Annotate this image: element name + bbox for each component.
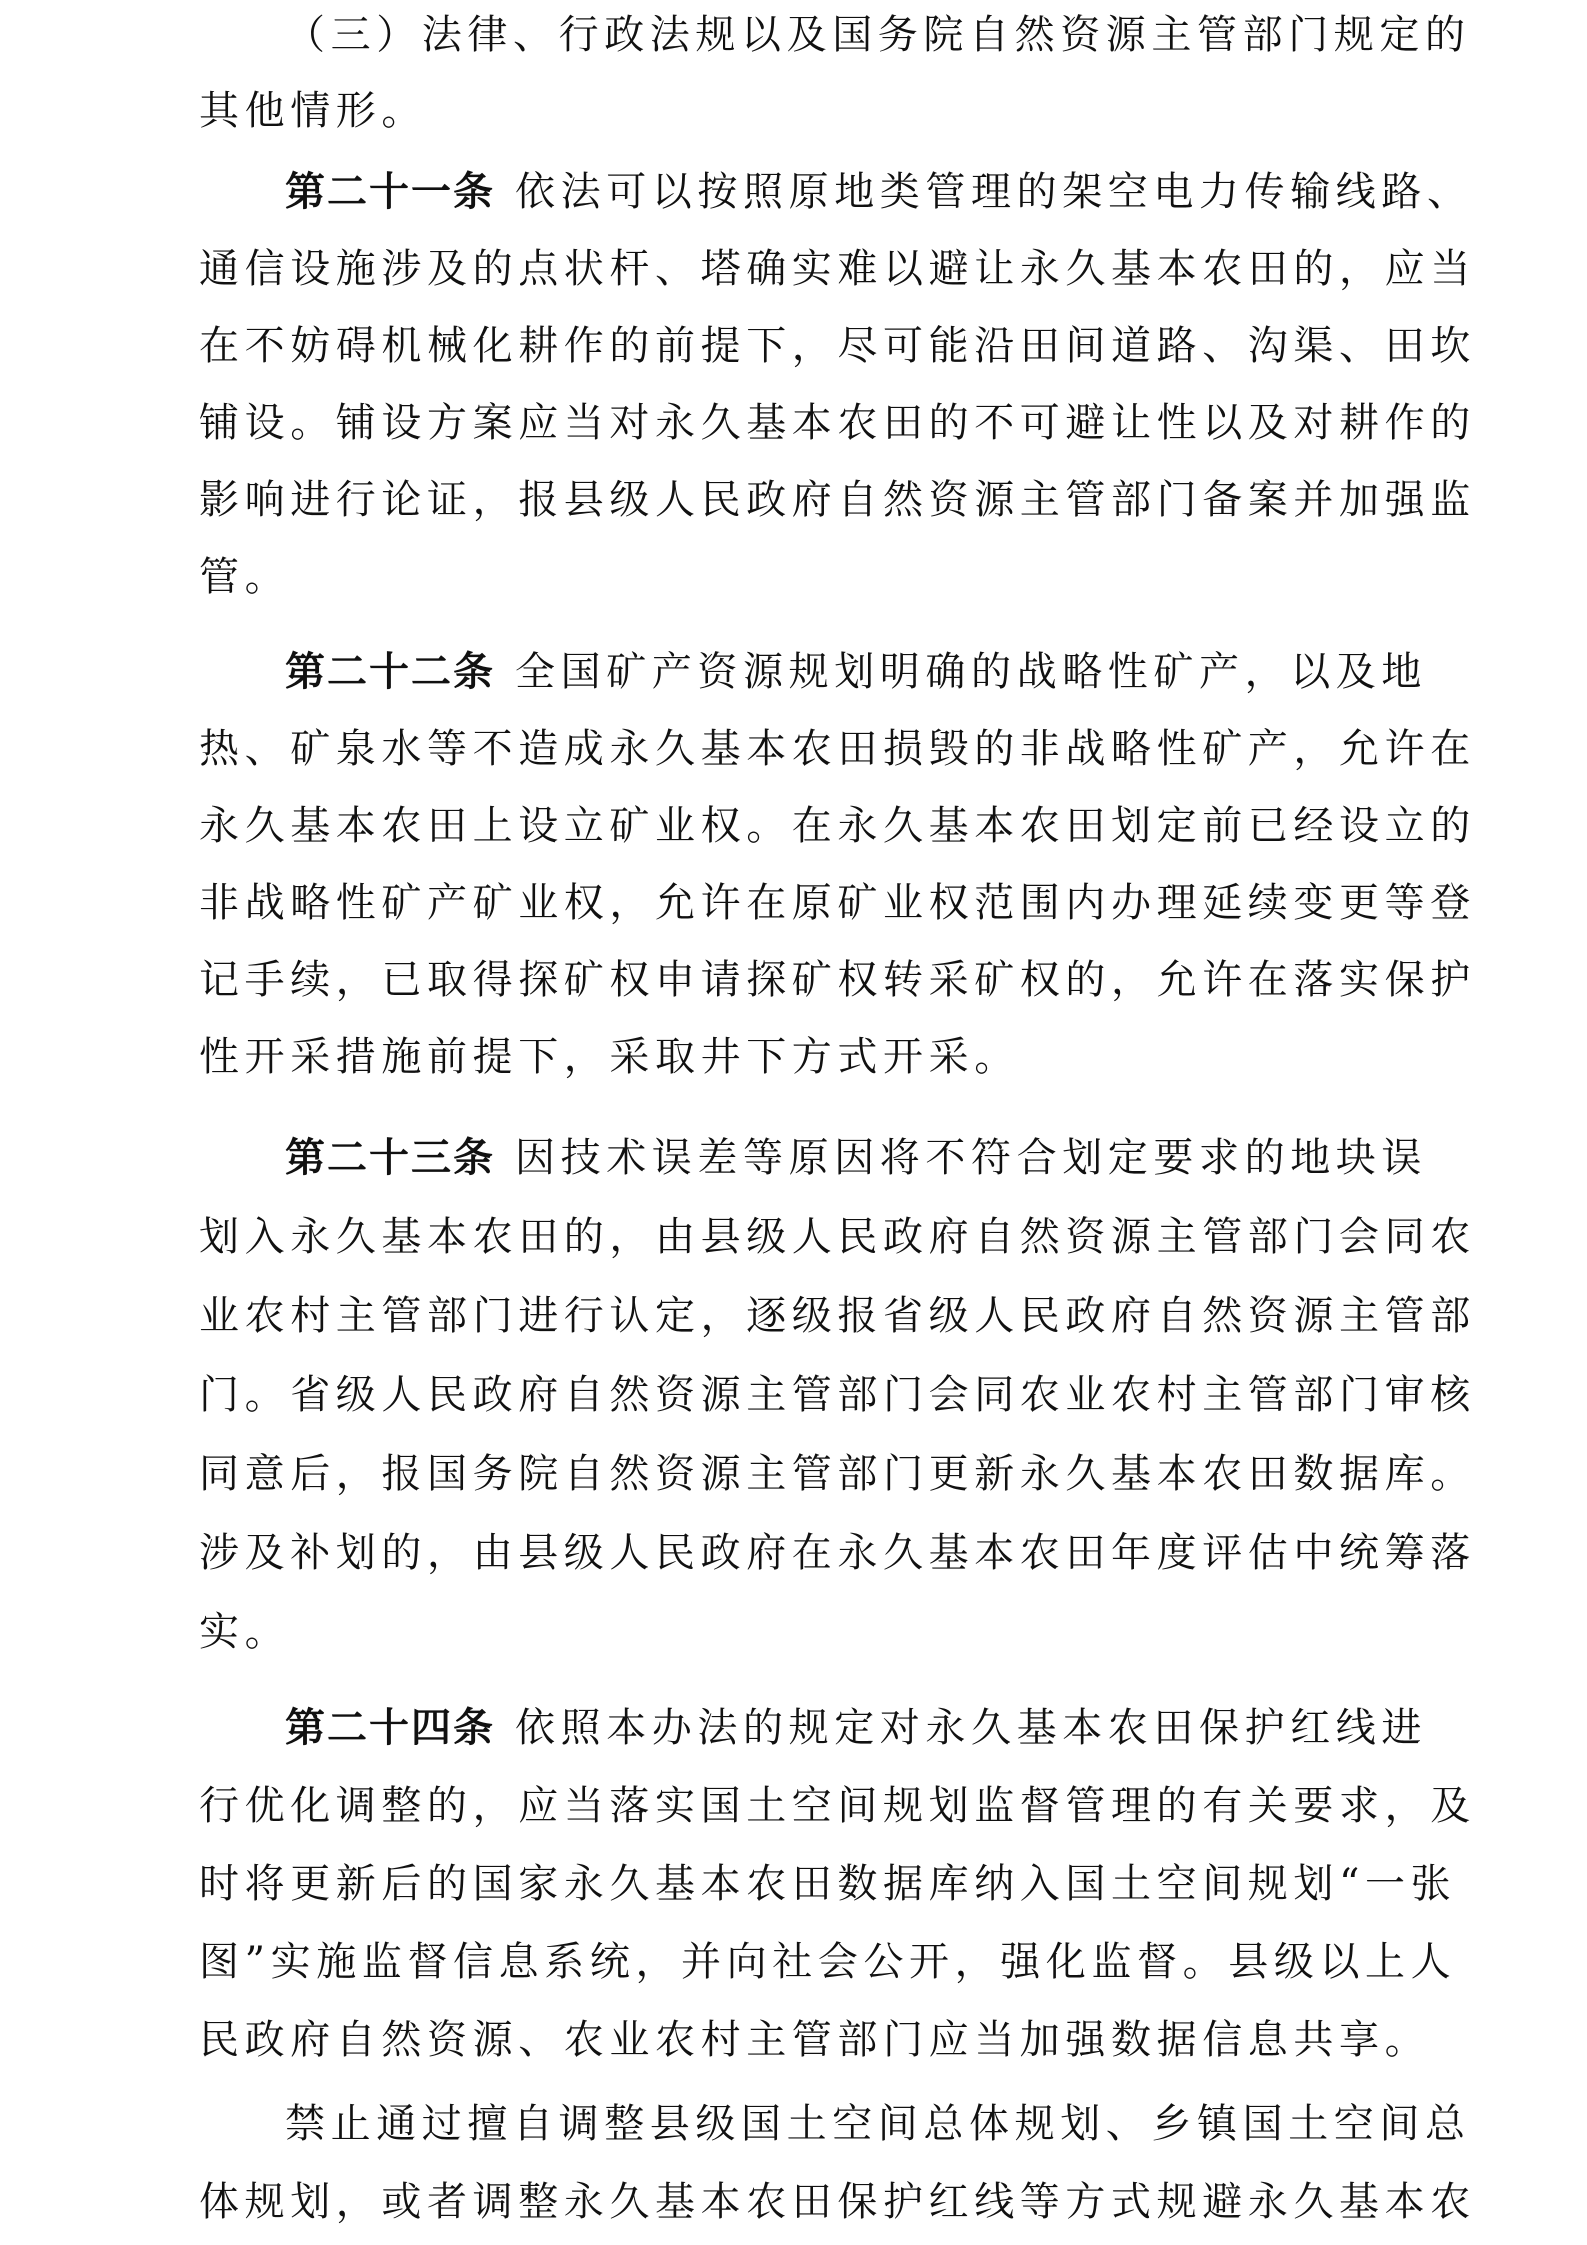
article-21-heading: 第二十一条 <box>285 169 495 215</box>
article-24-line-5: 民政府自然资源、农业农村主管部门应当加强数据信息共享。 <box>199 2010 1430 2070</box>
article-21-text: 依法可以按照原地类管理的架空电力传输线路、 <box>515 169 1473 215</box>
article-21-line-5: 影响进行论证，报县级人民政府自然资源主管部门备案并加强监 <box>199 470 1476 530</box>
article-22-line-4: 非战略性矿产矿业权，允许在原矿业权范围内办理延续变更等登 <box>199 873 1476 933</box>
article-24-text: 依照本办法的规定对永久基本农田保护红线进 <box>515 1705 1427 1751</box>
article-23-line-1: 第二十三条因技术误差等原因将不符合划定要求的地块误 <box>285 1128 1427 1188</box>
article-22-heading: 第二十二条 <box>285 649 495 695</box>
article-23-line-6: 涉及补划的，由县级人民政府在永久基本农田年度评估中统筹落 <box>199 1523 1476 1583</box>
article-24-para2-line-1: 禁止通过擅自调整县级国土空间总体规划、乡镇国土空间总 <box>285 2094 1471 2154</box>
article-21-line-6: 管。 <box>199 547 290 607</box>
article-23-line-4: 门。省级人民政府自然资源主管部门会同农业农村主管部门审核 <box>199 1365 1476 1425</box>
clause-3-line-2: 其他情形。 <box>199 81 427 141</box>
article-24-line-3: 时将更新后的国家永久基本农田数据库纳入国土空间规划“一张 <box>199 1854 1456 1914</box>
article-22-line-2: 热、矿泉水等不造成永久基本农田损毁的非战略性矿产，允许在 <box>199 719 1476 779</box>
article-23-line-2: 划入永久基本农田的，由县级人民政府自然资源主管部门会同农 <box>199 1207 1476 1267</box>
article-22-line-1: 第二十二条全国矿产资源规划明确的战略性矿产，以及地 <box>285 642 1427 702</box>
article-21-line-3: 在不妨碍机械化耕作的前提下，尽可能沿田间道路、沟渠、田坎 <box>199 316 1476 376</box>
article-24-line-2: 行优化调整的，应当落实国土空间规划监督管理的有关要求，及 <box>199 1776 1476 1836</box>
article-24-line-4: 图”实施监督信息系统，并向社会公开，强化监督。县级以上人 <box>199 1932 1456 1992</box>
article-23-line-5: 同意后，报国务院自然资源主管部门更新永久基本农田数据库。 <box>199 1444 1476 1504</box>
article-23-line-3: 业农村主管部门进行认定，逐级报省级人民政府自然资源主管部 <box>199 1286 1476 1346</box>
article-22-line-5: 记手续，已取得探矿权申请探矿权转采矿权的，允许在落实保护 <box>199 950 1476 1010</box>
article-22-text: 全国矿产资源规划明确的战略性矿产，以及地 <box>515 649 1427 695</box>
article-21-line-2: 通信设施涉及的点状杆、塔确实难以避让永久基本农田的，应当 <box>199 239 1476 299</box>
article-24-para2-line-2: 体规划，或者调整永久基本农田保护红线等方式规避永久基本农 <box>199 2172 1476 2232</box>
article-23-text: 因技术误差等原因将不符合划定要求的地块误 <box>515 1135 1427 1181</box>
article-21-line-4: 铺设。铺设方案应当对永久基本农田的不可避让性以及对耕作的 <box>199 393 1476 453</box>
article-22-line-6: 性开采措施前提下，采取井下方式开采。 <box>199 1027 1020 1087</box>
article-23-heading: 第二十三条 <box>285 1135 495 1181</box>
article-21-line-1: 第二十一条依法可以按照原地类管理的架空电力传输线路、 <box>285 162 1473 222</box>
clause-3-line-1: （三）法律、行政法规以及国务院自然资源主管部门规定的 <box>285 5 1471 65</box>
article-22-line-3: 永久基本农田上设立矿业权。在永久基本农田划定前已经设立的 <box>199 796 1476 856</box>
article-24-line-1: 第二十四条依照本办法的规定对永久基本农田保护红线进 <box>285 1698 1427 1758</box>
article-24-heading: 第二十四条 <box>285 1705 495 1751</box>
article-23-line-7: 实。 <box>199 1602 290 1662</box>
